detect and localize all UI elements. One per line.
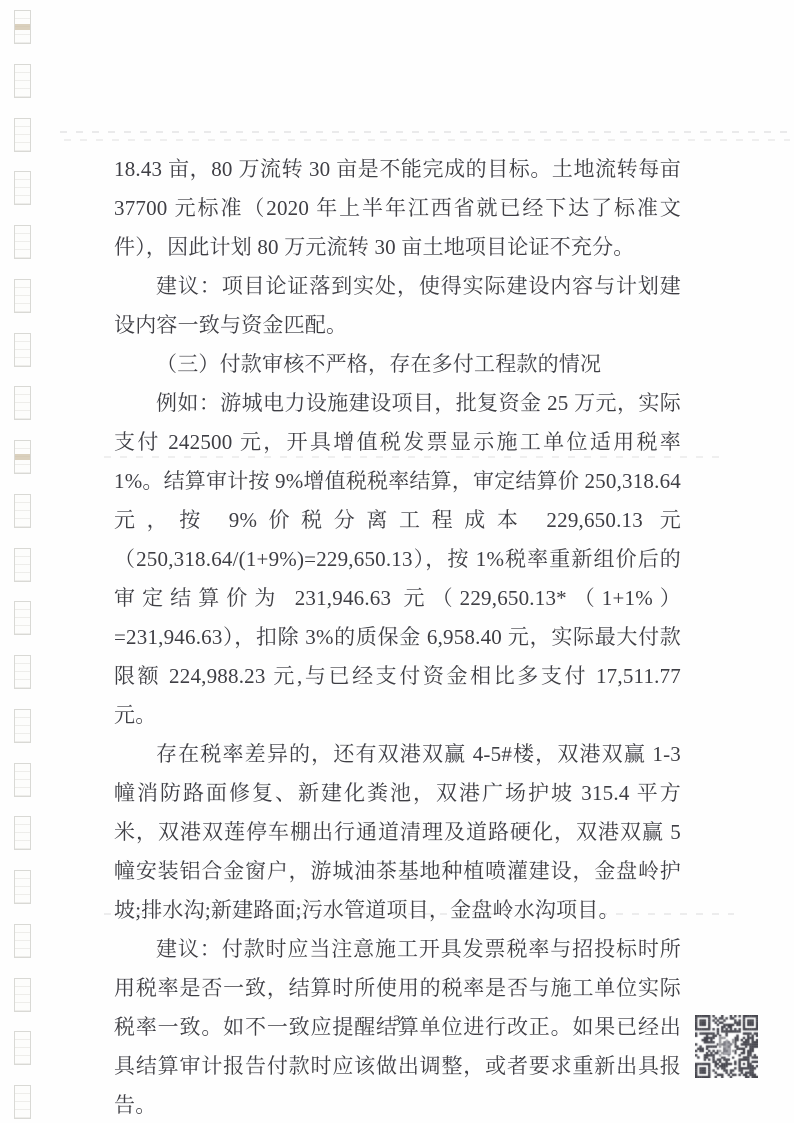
edge-mark xyxy=(14,655,31,689)
edge-mark-band xyxy=(15,24,30,30)
edge-mark xyxy=(14,548,31,582)
scanned-page: 18.43 亩，80 万流转 30 亩是不能完成的目标。土地流转每亩 37700… xyxy=(0,0,794,1123)
edge-mark xyxy=(14,978,31,1012)
edge-mark xyxy=(14,924,31,958)
scan-streak xyxy=(60,131,790,133)
edge-mark xyxy=(14,709,31,743)
para-suggestion-project-justification: 建议：项目论证落到实处，使得实际建设内容与计划建设内容一致与资金匹配。 xyxy=(114,267,681,345)
edge-mark-band xyxy=(15,454,30,460)
document-body: 18.43 亩，80 万流转 30 亩是不能完成的目标。土地流转每亩 37700… xyxy=(114,150,681,1123)
para-example-youcheng-power-project: 例如：游城电力设施建设项目，批复资金 25 万元，实际支付 242500 元，开… xyxy=(114,384,681,735)
para-tax-rate-difference-projects: 存在税率差异的，还有双港双赢 4-5#楼，双港双赢 1-3 幢消防路面修复、新建… xyxy=(114,735,681,930)
edge-mark xyxy=(14,171,31,205)
edge-mark xyxy=(14,494,31,528)
scan-streak xyxy=(64,139,790,141)
edge-mark xyxy=(14,601,31,635)
edge-mark xyxy=(14,10,31,44)
page-number: 3 xyxy=(0,1013,794,1030)
edge-mark xyxy=(14,118,31,152)
para-section-heading-payment-review: （三）付款审核不严格，存在多付工程款的情况 xyxy=(114,345,681,384)
qr-code xyxy=(695,1015,758,1078)
edge-mark xyxy=(14,1031,31,1065)
edge-mark xyxy=(14,64,31,98)
edge-mark xyxy=(14,386,31,420)
edge-mark xyxy=(14,1085,31,1119)
edge-mark xyxy=(14,870,31,904)
edge-mark xyxy=(14,225,31,259)
edge-mark xyxy=(14,279,31,313)
para-land-transfer-conclusion: 18.43 亩，80 万流转 30 亩是不能完成的目标。土地流转每亩 37700… xyxy=(114,150,681,267)
edge-mark xyxy=(14,763,31,797)
edge-mark xyxy=(14,440,31,474)
edge-mark xyxy=(14,333,31,367)
edge-mark xyxy=(14,816,31,850)
